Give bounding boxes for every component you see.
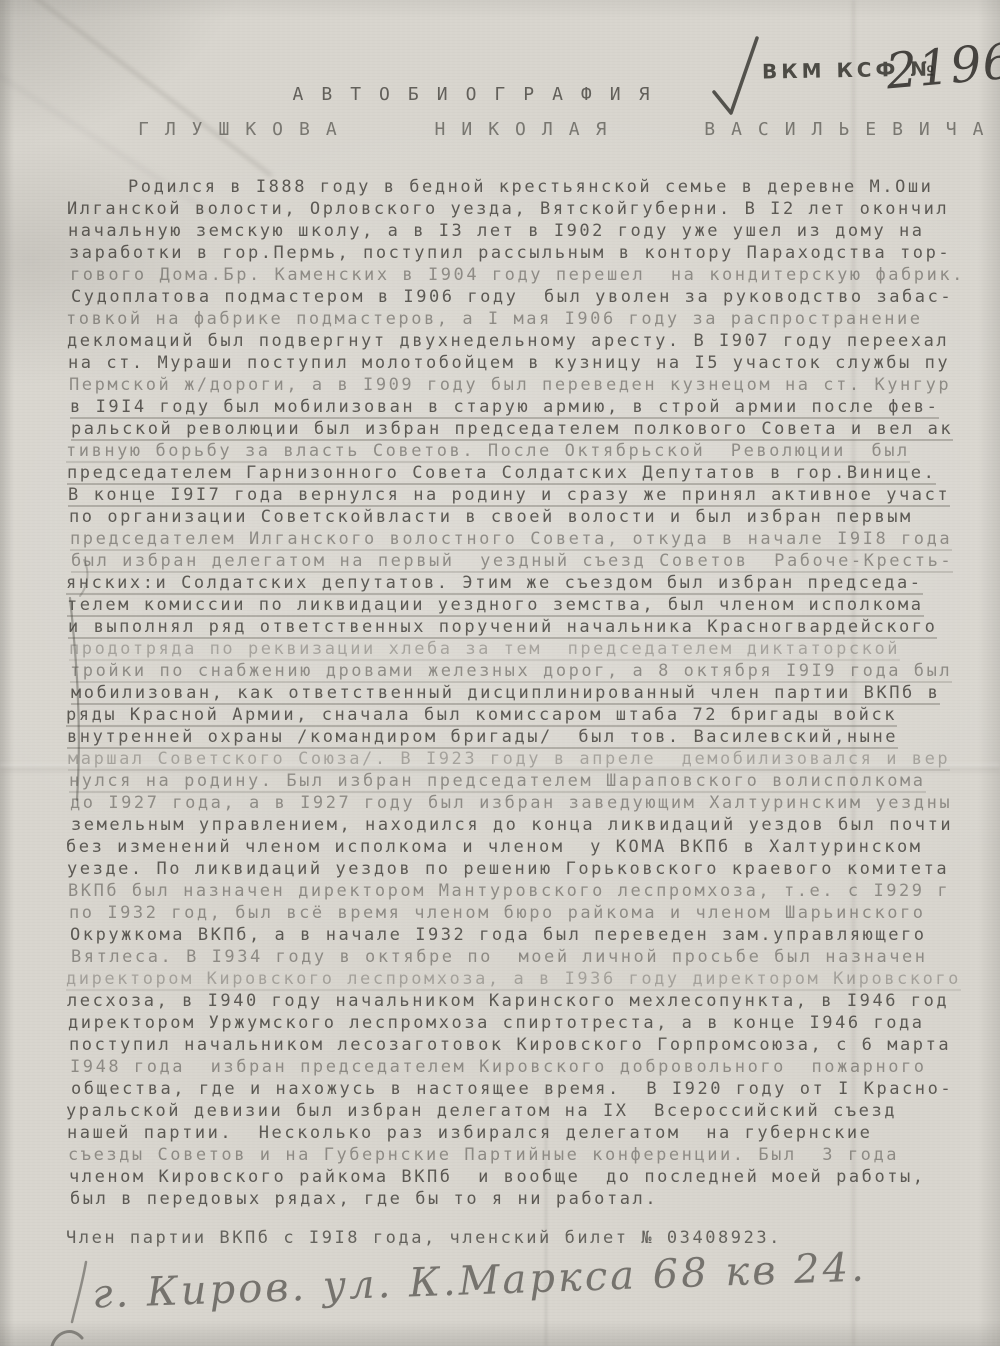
typewritten-line: был в передовых рядах, где бы то я ни ра…	[66, 1188, 1000, 1210]
typewritten-line: членом Кировского райкома ВКПб и вообще …	[66, 1166, 1000, 1188]
typewritten-line: начальную земскую школу, а в I3 лет в I9…	[66, 220, 1000, 242]
document-page: ВКМ КСФ № 2196 АВТОБИОГРАФИЯ ГЛУШКОВА НИ…	[0, 0, 1000, 1346]
handwritten-address: г. Киров. ул. К.Маркса 68 кв 24.	[91, 1244, 867, 1317]
typewritten-line: по организации Советскойвласти в своей в…	[66, 506, 1000, 528]
typewritten-line: директором Уржумского леспромхоза спирто…	[66, 1012, 1000, 1034]
typewritten-line: нашей партии. Несколько раз избирался де…	[66, 1122, 1000, 1144]
typewritten-line: ряды Красной Армии, сначала был комиссар…	[66, 704, 1000, 726]
typewritten-line: был избран делегатом на первый уездный с…	[66, 550, 1000, 572]
person-name-title: ГЛУШКОВА НИКОЛАЯ ВАСИЛЬЕВИЧА	[138, 119, 999, 140]
typewritten-line: заработки в гор.Пермь, поступил рассыльн…	[66, 242, 1000, 264]
handwritten-stroke	[72, 1262, 86, 1322]
typewritten-line: продотряда по реквизации хлеба за тем пр…	[66, 638, 1000, 660]
typewritten-line: Окружкома ВКПб, а в начале I932 года был…	[66, 924, 1000, 946]
typewritten-line: директором Кировского леспромхоза, а в I…	[66, 968, 1000, 990]
typewritten-line: I948 года избран председателем Кировског…	[66, 1056, 1000, 1078]
typewritten-line: янских:и Солдатских депутатов. Этим же с…	[66, 572, 1000, 594]
typewritten-line: мобилизован, как ответственный дисциплин…	[66, 682, 1000, 704]
typewritten-line: телем комиссии по ликвидации уездного зе…	[66, 594, 1000, 616]
typewritten-line: до I927 года, а в I927 году был избран з…	[66, 792, 1000, 814]
typewritten-body: Родился в I888 году в бедной крестьянско…	[66, 176, 1000, 1210]
typewritten-line: товкой на фабрике подмастеров, а I мая I…	[66, 308, 1000, 330]
typewritten-line: уральской девизии был избран делегатом н…	[66, 1100, 1000, 1122]
typewritten-line: Судоплатова подмастером в I906 году был …	[66, 286, 1000, 308]
typewritten-line: тройки по снабжению дровами железных дор…	[66, 660, 1000, 682]
typewritten-line: земельным управлением, находился до конц…	[66, 814, 1000, 836]
typewritten-line: декломаций был подвергнут двухнедельному…	[66, 330, 1000, 352]
typewritten-line: ВКПб был назначен директором Мантуровско…	[66, 880, 1000, 902]
typewritten-line: поступил начальником лесозаготовок Киров…	[66, 1034, 1000, 1056]
typewritten-line: маршал Советского Союза/. В I923 году в …	[66, 748, 1000, 770]
typewritten-line: Пермской ж/дороги, а в I909 году был пер…	[66, 374, 1000, 396]
document-title: АВТОБИОГРАФИЯ	[0, 84, 960, 105]
party-membership-line: Член партии ВКПб с I9I8 года, членский б…	[66, 1228, 782, 1248]
typewritten-line: председателем Гарнизонного Совета Солдат…	[66, 462, 1000, 484]
typewritten-line: без изменений членом исполкома и членом …	[66, 836, 1000, 858]
typewritten-line: тивную борьбу за власть Советов. После О…	[66, 440, 1000, 462]
typewritten-line: лесхоза, в I940 году начальником Каринск…	[66, 990, 1000, 1012]
typewritten-line: по I932 год, был всё время членом бюро р…	[66, 902, 1000, 924]
typewritten-line: ральской революции был избран председате…	[66, 418, 1000, 440]
cut-off-letter-fragment	[52, 1332, 82, 1346]
typewritten-line: на ст. Мураши поступил молотобойцем в ку…	[66, 352, 1000, 374]
typewritten-line: председателем Илганского волостного Сове…	[66, 528, 1000, 550]
typewritten-line: уезде. По ликвидаций уездов по решению Г…	[66, 858, 1000, 880]
typewritten-line: гового Дома.Бр. Каменских в I904 году пе…	[66, 264, 1000, 286]
typewritten-line: внутренней охраны /командиром бригады/ б…	[66, 726, 1000, 748]
typewritten-line: В конце I9I7 года вернулся на родину и с…	[66, 484, 1000, 506]
typewritten-line: нулся на родину. Был избран председателе…	[66, 770, 1000, 792]
typewritten-line: Илганской волости, Орловского уезда, Вят…	[66, 198, 1000, 220]
typewritten-line: и выполнял ряд ответственных поручений н…	[66, 616, 1000, 638]
typewritten-line: Родился в I888 году в бедной крестьянско…	[66, 176, 1000, 198]
typewritten-line: общества, где и нахожусь в настоящее вре…	[66, 1078, 1000, 1100]
typewritten-line: съезды Советов и на Губернские Партийные…	[66, 1144, 1000, 1166]
typewritten-line: в I9I4 году был мобилизован в старую арм…	[66, 396, 1000, 418]
typewritten-line: Вятлеса. В I934 году в октябре по моей л…	[66, 946, 1000, 968]
